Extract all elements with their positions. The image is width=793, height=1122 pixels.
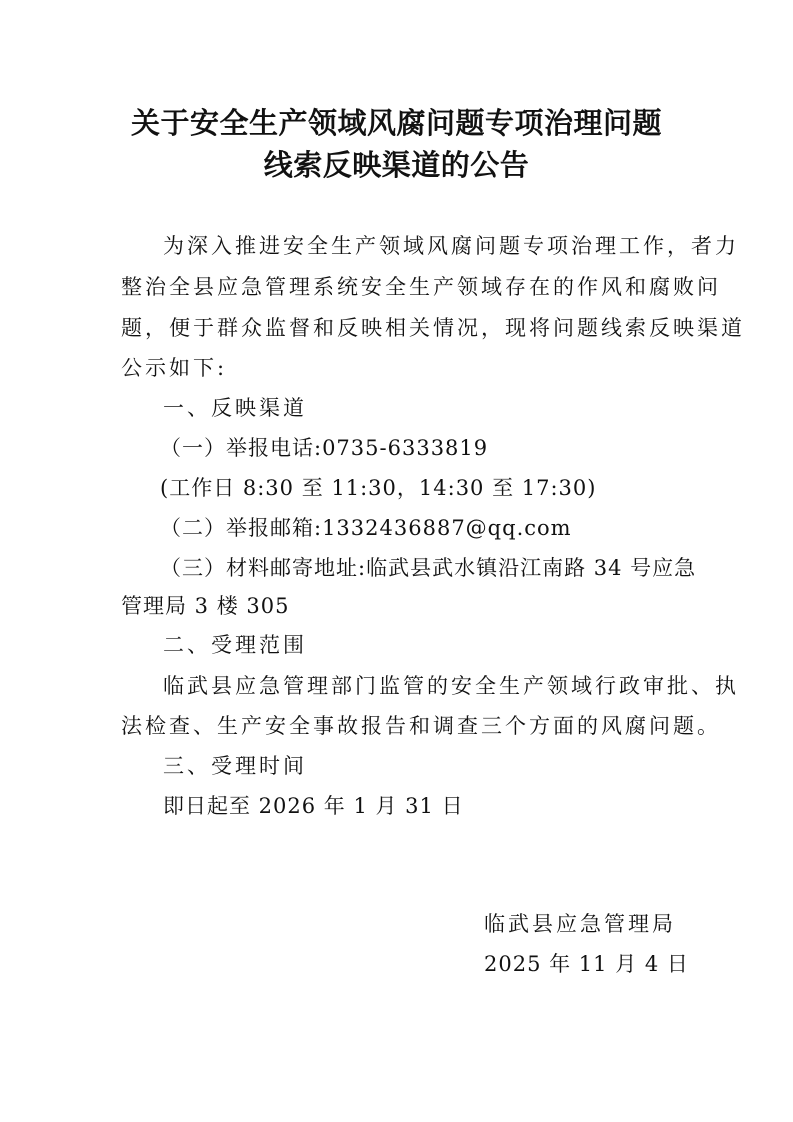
report-hours: (工作日 8:30 至 11:30，14:30 至 17:30) — [160, 472, 596, 502]
mail-address-line1: （三）材料邮寄地址:临武县武水镇沿江南路 34 号应急 — [160, 552, 696, 582]
section1-heading: 一、反映渠道 — [163, 392, 307, 422]
signature-date: 2025 年 11 月 4 日 — [484, 948, 689, 978]
section2-text-line1: 临武县应急管理部门监管的安全生产领域行政审批、执 — [163, 670, 739, 700]
intro-line-3: 题，便于群众监督和反映相关情况，现将问题线索反映渠道 — [121, 312, 745, 342]
report-phone: （一）举报电话:0735-6333819 — [160, 432, 488, 462]
intro-line-1: 为深入推进安全生产领域风腐问题专项治理工作，者力 — [163, 230, 739, 260]
section3-heading: 三、受理时间 — [163, 750, 307, 780]
signature-org: 临武县应急管理局 — [484, 908, 676, 938]
section2-heading: 二、受理范围 — [163, 629, 307, 659]
document-title-line2: 线索反映渠道的公告 — [0, 143, 793, 184]
intro-line-4: 公示如下: — [121, 352, 227, 382]
mail-address-line2: 管理局 3 楼 305 — [121, 590, 289, 620]
intro-line-2: 整治全县应急管理系统安全生产领域存在的作风和腐败问 — [121, 271, 721, 301]
section3-text: 即日起至 2026 年 1 月 31 日 — [163, 790, 464, 820]
section2-text-line2: 法检查、生产安全事故报告和调查三个方面的风腐问题。 — [121, 710, 721, 740]
document-title-line1: 关于安全生产领域风腐问题专项治理问题 — [0, 101, 793, 142]
report-email: （二）举报邮箱:1332436887@qq.com — [160, 512, 572, 542]
